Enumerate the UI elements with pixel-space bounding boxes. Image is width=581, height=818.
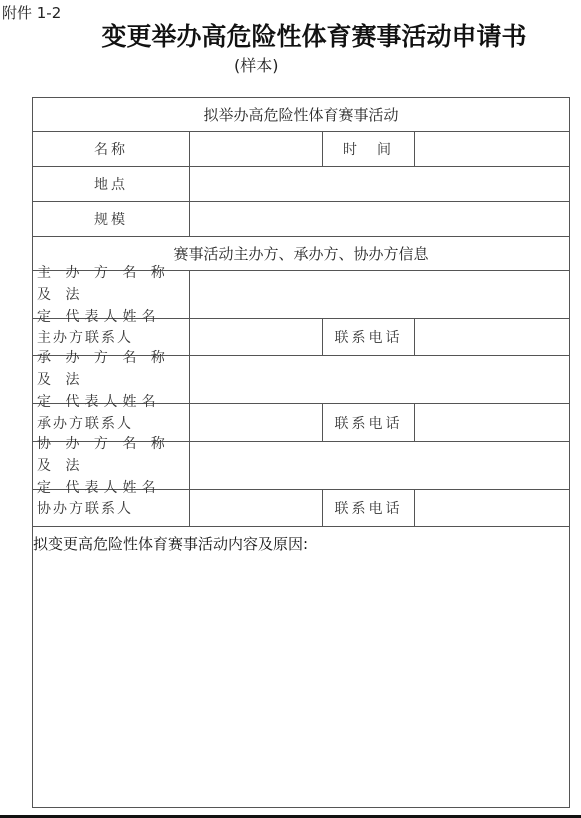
document-subtitle: (样本) xyxy=(234,53,279,76)
row-co-organizer-contact: 协办方联系人 联系电话 xyxy=(33,490,569,527)
co-organizer-contact-label: 协办方联系人 xyxy=(33,490,189,526)
label-line: 协 办 方 名 称 及 法 xyxy=(37,433,189,477)
change-content-label: 拟变更高危险性体育赛事活动内容及原因: xyxy=(33,533,308,554)
label-line: 主 办 方 名 称 及 法 xyxy=(37,262,189,306)
host-phone-field[interactable] xyxy=(414,319,569,355)
event-name-field[interactable] xyxy=(189,132,322,166)
co-organizer-name-field[interactable] xyxy=(189,442,569,489)
host-name-label: 主 办 方 名 称 及 法 定 代表人姓名 xyxy=(33,271,189,318)
section-header-event: 拟举办高危险性体育赛事活动 xyxy=(33,98,569,132)
event-location-label: 地点 xyxy=(33,167,189,201)
row-location: 地点 xyxy=(33,167,569,202)
row-name-time: 名称 时 间 xyxy=(33,132,569,167)
event-scale-label: 规模 xyxy=(33,202,189,236)
event-location-field[interactable] xyxy=(189,167,569,201)
host-phone-label: 联系电话 xyxy=(322,319,414,355)
event-scale-field[interactable] xyxy=(189,202,569,236)
row-scale: 规模 xyxy=(33,202,569,237)
application-form-table: 拟举办高危险性体育赛事活动 名称 时 间 地点 规模 赛事活动主办方、承办方、协… xyxy=(32,97,570,808)
organizer-contact-field[interactable] xyxy=(189,404,322,441)
label-line: 承 办 方 名 称 及 法 xyxy=(37,347,189,391)
co-organizer-phone-field[interactable] xyxy=(414,490,569,526)
document-title: 变更举办高危险性体育赛事活动申请书 xyxy=(0,17,581,53)
co-organizer-phone-label: 联系电话 xyxy=(322,490,414,526)
change-content-field[interactable] xyxy=(33,557,569,802)
event-time-field[interactable] xyxy=(414,132,569,166)
co-organizer-contact-field[interactable] xyxy=(189,490,322,526)
row-host-name: 主 办 方 名 称 及 法 定 代表人姓名 xyxy=(33,271,569,319)
organizer-name-label: 承 办 方 名 称 及 法 定 代表人姓名 xyxy=(33,356,189,403)
host-name-field[interactable] xyxy=(189,271,569,318)
organizer-phone-field[interactable] xyxy=(414,404,569,441)
co-organizer-name-label: 协 办 方 名 称 及 法 定 代表人姓名 xyxy=(33,442,189,489)
row-organizer-name: 承 办 方 名 称 及 法 定 代表人姓名 xyxy=(33,356,569,404)
event-time-label: 时 间 xyxy=(322,132,414,166)
event-name-label: 名称 xyxy=(33,132,189,166)
organizer-phone-label: 联系电话 xyxy=(322,404,414,441)
row-co-organizer-name: 协 办 方 名 称 及 法 定 代表人姓名 xyxy=(33,442,569,490)
section-title: 拟举办高危险性体育赛事活动 xyxy=(33,98,569,131)
organizer-name-field[interactable] xyxy=(189,356,569,403)
change-content-area[interactable]: 拟变更高危险性体育赛事活动内容及原因: xyxy=(33,527,569,807)
host-contact-field[interactable] xyxy=(189,319,322,355)
